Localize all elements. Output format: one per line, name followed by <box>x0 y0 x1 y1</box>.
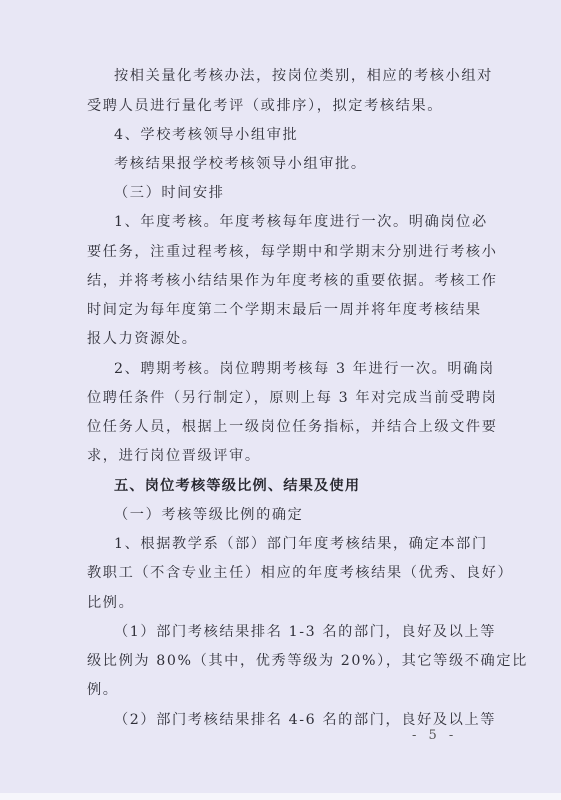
list-item-line: 级比例为 80%（其中，优秀等级为 20%），其它等级不确定比 <box>87 651 528 671</box>
paragraph-line: 求，进行岗位晋级评审。 <box>87 446 261 466</box>
numbered-heading: 4、学校考核领导小组审批 <box>114 125 298 145</box>
subsection-heading: （三）时间安排 <box>114 183 225 203</box>
paragraph-line: 教职工（不含专业主任）相应的年度考核结果（优秀、良好） <box>87 563 513 583</box>
paragraph-line: 2、聘期考核。岗位聘期考核每 3 年进行一次。明确岗 <box>114 359 495 379</box>
page-edge <box>0 793 561 800</box>
paragraph-line: 1、根据教学系（部）部门年度考核结果，确定本部门 <box>114 534 488 554</box>
paragraph-line: 要任务，注重过程考核，每学期中和学期末分别进行考核小 <box>87 242 497 262</box>
list-item-line: （1）部门考核结果排名 1-3 名的部门，良好及以上等 <box>114 622 496 642</box>
paragraph-line: 结，并将考核小结结果作为年度考核的重要依据。考核工作 <box>87 271 497 291</box>
list-item-line: 例。 <box>87 680 119 700</box>
paragraph-line: 位任务人员，根据上一级岗位任务指标，并结合上级文件要 <box>87 417 497 437</box>
paragraph-line: 受聘人员进行量化考评（或排序），拟定考核结果。 <box>87 96 443 116</box>
paragraph-line: 比例。 <box>87 593 134 613</box>
subsection-heading: （一）考核等级比例的确定 <box>114 505 303 525</box>
paragraph-line: 1、年度考核。年度考核每年度进行一次。明确岗位必 <box>114 212 488 232</box>
paragraph-line: 时间定为每年度第二个学期末最后一周并将年度考核结果 <box>87 300 482 320</box>
paragraph-line: 位聘任条件（另行制定），原则上每 3 年对完成当前受聘岗 <box>87 388 497 408</box>
document-page: 按相关量化考核办法，按岗位类别，相应的考核小组对 受聘人员进行量化考评（或排序）… <box>0 0 561 793</box>
page-number: - 5 - <box>412 728 457 743</box>
paragraph-line: 报人力资源处。 <box>87 329 198 349</box>
list-item-line: （2）部门考核结果排名 4-6 名的部门，良好及以上等 <box>114 710 496 730</box>
paragraph-line: 考核结果报学校考核领导小组审批。 <box>114 154 367 174</box>
section-heading: 五、岗位考核等级比例、结果及使用 <box>114 476 360 496</box>
paragraph-line: 按相关量化考核办法，按岗位类别，相应的考核小组对 <box>114 66 493 86</box>
